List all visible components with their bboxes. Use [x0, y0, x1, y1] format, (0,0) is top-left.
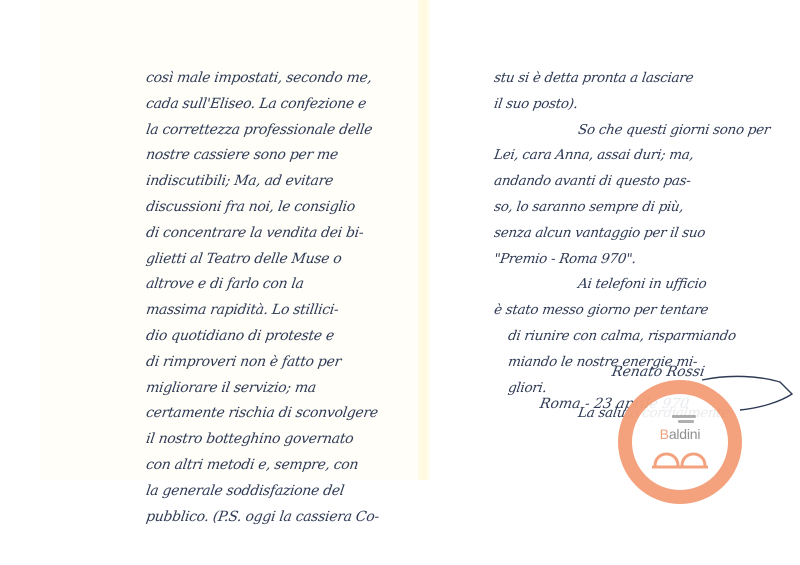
handwritten-line: la correttezza professionale delle: [144, 118, 423, 144]
handwritten-line: il suo posto).: [492, 92, 796, 118]
stamp-small-text: [672, 415, 696, 418]
handwritten-line: così male impostati, secondo me,: [144, 66, 423, 92]
left-page: così male impostati, secondo me, cada su…: [146, 66, 421, 530]
handwritten-line: nostre cassiere sono per me: [144, 143, 423, 169]
handwritten-line: di riunire con calma, risparmiando: [492, 324, 796, 350]
open-book-arches-icon: [651, 444, 709, 470]
handwritten-line: cada sull'Eliseo. La confezione e: [144, 92, 423, 118]
handwritten-line: pubblico. (P.S. oggi la cassiera Co-: [144, 505, 423, 531]
handwritten-line: di concentrare la vendita dei bi-: [144, 221, 423, 247]
handwritten-line: certamente rischia di sconvolgere: [144, 401, 423, 427]
handwritten-line: indiscutibili; Ma, ad evitare: [144, 169, 423, 195]
handwritten-line: andando avanti di questo pas-: [492, 169, 796, 195]
handwritten-line: migliorare il servizio; ma: [144, 376, 423, 402]
stamp-label-rest: aldini: [669, 426, 701, 442]
handwritten-line: con altri metodi e, sempre, con: [144, 453, 423, 479]
handwritten-line: So che questi giorni sono per: [492, 118, 796, 144]
handwritten-line: massima rapidità. Lo stillici-: [144, 298, 423, 324]
stamp-label: Baldini: [660, 426, 701, 442]
stamp-initial: B: [660, 426, 669, 442]
handwritten-line: dio quotidiano di proteste e: [144, 324, 423, 350]
handwritten-line: Ai telefoni in ufficio: [492, 272, 796, 298]
handwritten-line: so, lo saranno sempre di più,: [492, 195, 796, 221]
handwritten-line: è stato messo giorno per tentare: [492, 298, 796, 324]
signature: Renato Rossi: [611, 364, 706, 380]
handwritten-line: senza alcun vantaggio per il suo: [492, 221, 796, 247]
handwritten-line: Lei, cara Anna, assai duri; ma,: [492, 143, 796, 169]
handwritten-line: glietti al Teatro delle Muse o: [144, 247, 423, 273]
handwritten-line: discussioni fra noi, le consiglio: [144, 195, 423, 221]
handwritten-line: la generale soddisfazione del: [144, 479, 423, 505]
stamp-small-text: [678, 420, 694, 423]
handwritten-line: il nostro botteghino governato: [144, 427, 423, 453]
handwritten-line: "Premio - Roma 970".: [492, 247, 796, 273]
baldini-stamp: Baldini: [618, 380, 742, 504]
handwritten-line: altrove e di farlo con la: [144, 272, 423, 298]
handwritten-line: di rimproveri non è fatto per: [144, 350, 423, 376]
handwritten-line: stu si è detta pronta a lasciare: [492, 66, 796, 92]
